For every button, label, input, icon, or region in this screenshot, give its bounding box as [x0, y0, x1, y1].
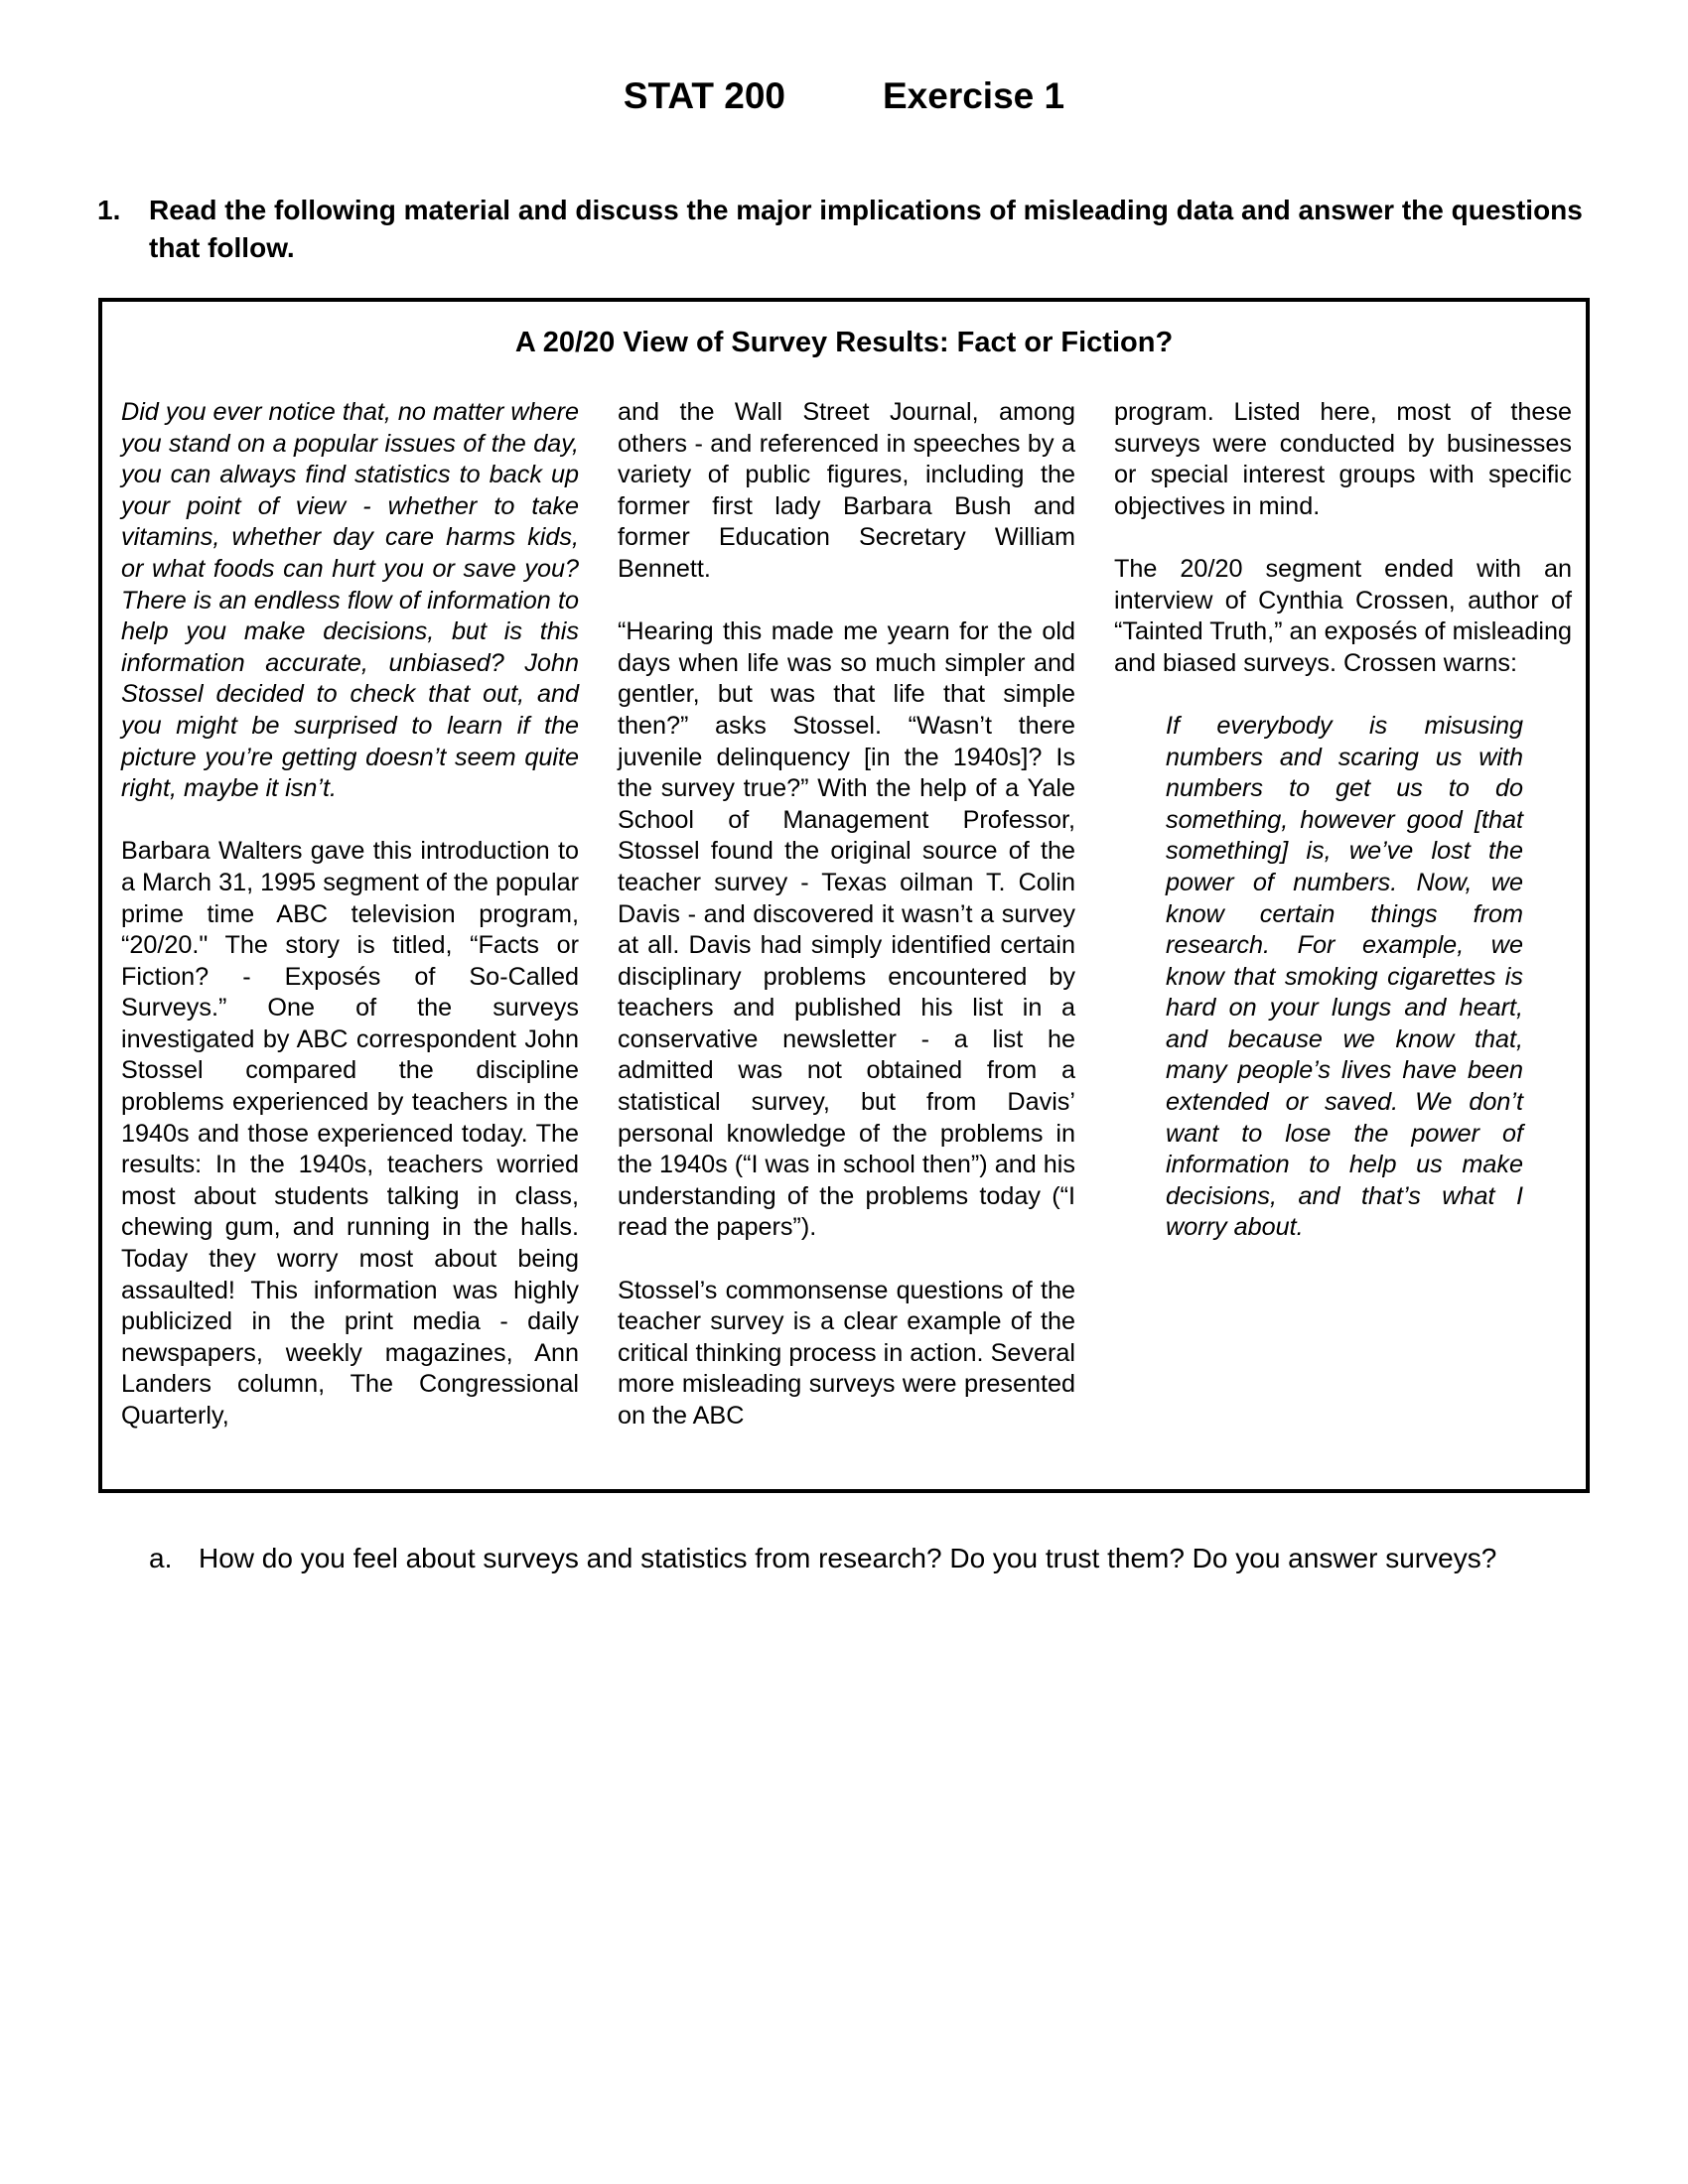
exercise-title: Exercise 1: [883, 71, 1064, 121]
article-paragraph: “Hearing this made me yearn for the old …: [618, 616, 1075, 1244]
crossen-quote: If everybody is misusing numbers and sca…: [1166, 711, 1523, 1244]
article-paragraph: and the Wall Street Journal, among other…: [618, 397, 1075, 586]
article-column-2: and the Wall Street Journal, among other…: [618, 397, 1075, 1463]
question-a-label: a.: [149, 1540, 199, 1576]
article-paragraph: Stossel’s commonsense questions of the t…: [618, 1276, 1075, 1433]
article-column-3: program. Listed here, most of these surv…: [1114, 397, 1572, 1244]
article-column-1: Did you ever notice that, no matter wher…: [121, 397, 579, 1463]
question-number: 1.: [97, 192, 149, 267]
page-header: STAT 200Exercise 1: [0, 71, 1688, 121]
question-a-text: How do you feel about surveys and statis…: [199, 1540, 1539, 1576]
article-paragraph: Barbara Walters gave this introduction t…: [121, 836, 579, 1432]
question-text: Read the following material and discuss …: [149, 192, 1597, 267]
article-title: A 20/20 View of Survey Results: Fact or …: [102, 324, 1586, 361]
article-paragraph: The 20/20 segment ended with an intervie…: [1114, 554, 1572, 679]
article-box: A 20/20 View of Survey Results: Fact or …: [98, 298, 1590, 1493]
article-intro-paragraph: Did you ever notice that, no matter wher…: [121, 397, 579, 805]
question-1: 1. Read the following material and discu…: [97, 192, 1597, 267]
course-code: STAT 200: [624, 71, 785, 121]
question-a: a. How do you feel about surveys and sta…: [149, 1540, 1539, 1576]
article-paragraph: program. Listed here, most of these surv…: [1114, 397, 1572, 522]
